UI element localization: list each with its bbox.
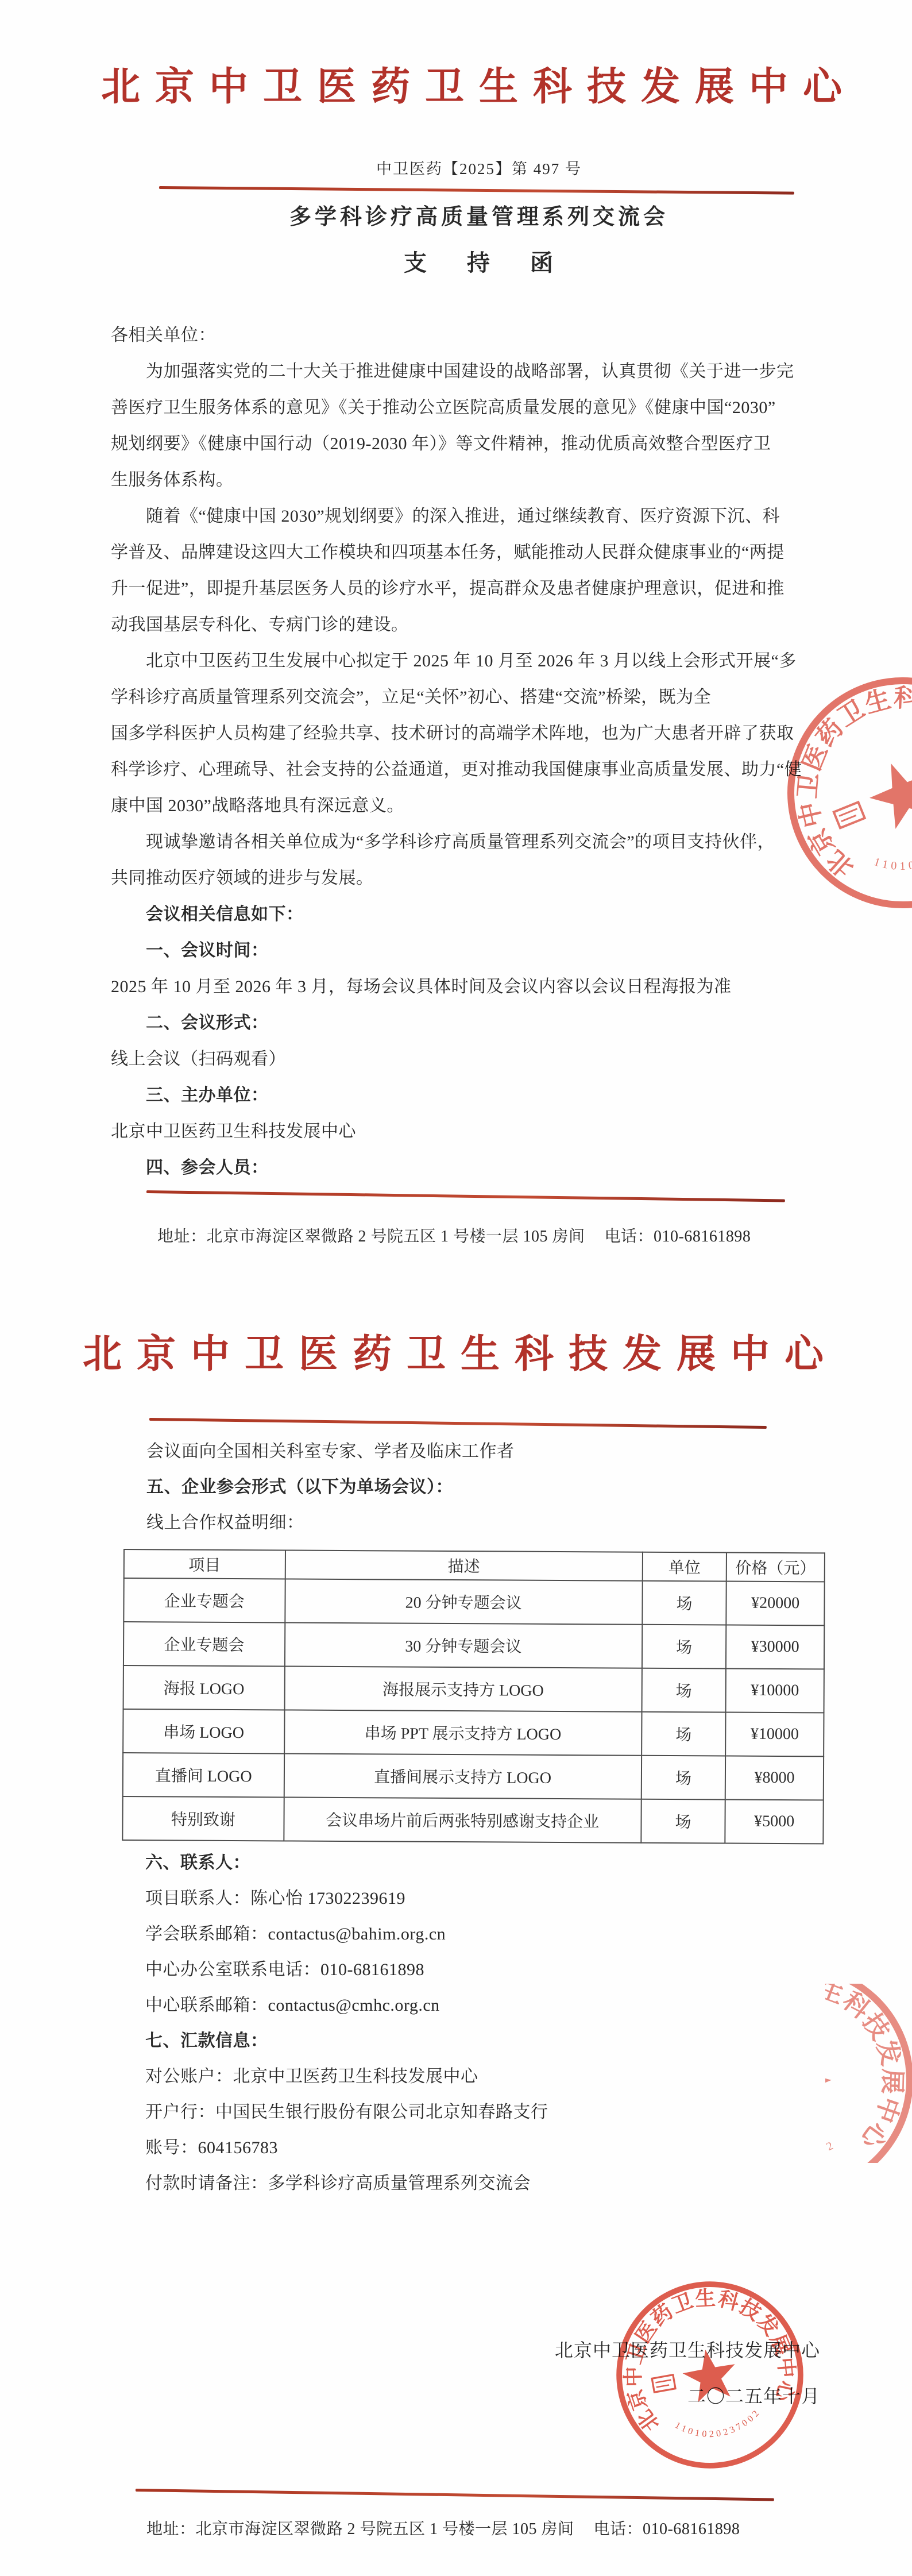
body-line: 规划纲要》《健康中国行动（2019-2030 年）》等文件精神，推动优质高效整合… [111,426,857,462]
footer-address-page2: 地址：北京市海淀区翠微路 2 号院五区 1 号楼一层 105 房间电话：010-… [146,2516,740,2539]
body-line: 会议相关信息如下： [111,896,857,932]
body-line: 2025 年 10 月至 2026 年 3 月，每场会议具体时间及会议内容以会议… [111,969,857,1005]
body-line: 现诚挚邀请各相关单位成为“多学科诊疗高质量管理系列交流会”的项目支持伙伴， [111,824,857,860]
series-title: 多学科诊疗高质量管理系列交流会 [23,199,912,230]
pricing-price-cell: ¥10000 [726,1668,824,1713]
footer-divider-page2 [136,2489,774,2501]
page2-intro: 会议面向全国相关科室专家、学者及临床工作者 五、企业参会形式（以下为单场会议）：… [146,1434,882,1541]
body-line: 康中国 2030”战略落地具有深远意义。 [111,788,857,824]
pricing-header-cell: 价格（元） [726,1552,825,1582]
doc-number: 中卫医药【2025】第 497 号 [23,156,912,179]
rights-line: 线上合作权益明细： [146,1505,882,1541]
pricing-price-cell: ¥20000 [726,1581,825,1625]
pricing-desc-cell: 20 分钟专题会议 [285,1579,643,1624]
pricing-price-cell: ¥30000 [726,1625,824,1669]
section5-title: 五、企业参会形式（以下为单场会议）： [146,1470,882,1505]
pricing-row: 串场 LOGO 串场 PPT 展示支持方 LOGO 场 ¥10000 [123,1709,824,1756]
body-line: 善医疗卫生服务体系的意见》《关于推动公立医院高质量发展的意见》《健康中国“203… [111,390,857,426]
body-line: 四、参会人员： [111,1150,857,1186]
pricing-item-cell: 直播间 LOGO [123,1753,284,1797]
body-line: 各相关单位： [111,317,857,353]
address-text: 地址：北京市海淀区翠微路 2 号院五区 1 号楼一层 105 房间 [146,2520,574,2538]
body-line: 生服务体系构。 [111,462,857,498]
footer-divider-page1 [146,1190,785,1202]
pricing-unit-cell: 场 [642,1668,726,1713]
body-line: 中心联系邮箱：contactus@cmhc.org.cn [145,1988,880,2023]
body-line: 学会联系邮箱：contactus@bahim.org.cn [145,1916,880,1952]
pricing-item-cell: 企业专题会 [123,1622,285,1666]
phone-text: 电话：010-68161898 [605,1228,751,1245]
body-line: 账号：604156783 [145,2130,880,2166]
pricing-header-cell: 描述 [285,1550,642,1580]
body-line: 国多学科医护人员构建了经验共享、技术研讨的高端学术阵地，也为广大患者开辟了获取 [111,715,857,751]
footer-address-page1: 地址：北京市海淀区翠微路 2 号院五区 1 号楼一层 105 房间电话：010-… [157,1224,751,1247]
body-line: 随着《“健康中国 2030”规划纲要》的深入推进，通过继续教育、医疗资源下沉、科 [111,498,857,534]
body-line: 项目联系人：陈心怡 17302239619 [145,1881,880,1916]
pricing-row: 直播间 LOGO 直播间展示支持方 LOGO 场 ¥8000 [123,1753,824,1800]
audience-line: 会议面向全国相关科室专家、学者及临床工作者 [146,1434,882,1470]
pricing-item-cell: 特别致谢 [122,1796,284,1841]
phone-text: 电话：010-68161898 [594,2520,740,2538]
pricing-row: 海报 LOGO 海报展示支持方 LOGO 场 ¥10000 [123,1665,824,1713]
pricing-header-row: 项目描述单位价格（元） [124,1549,825,1582]
pricing-price-cell: ¥10000 [725,1712,824,1756]
body-line: 七、汇款信息： [145,2023,880,2059]
pricing-unit-cell: 场 [642,1581,726,1625]
pricing-header-cell: 单位 [643,1552,727,1582]
body-line: 付款时请备注：多学科诊疗高质量管理系列交流会 [145,2166,880,2201]
address-text: 地址：北京市海淀区翠微路 2 号院五区 1 号楼一层 105 房间 [157,1228,585,1245]
body-line: 科学诊疗、心理疏导、社会支持的公益通道，更对推动我国健康事业高质量发展、助力“健 [111,751,857,788]
body-line: 线上会议（扫码观看） [111,1041,857,1077]
body-line: 六、联系人： [145,1845,880,1881]
body-line: 中心办公室联系电话：010-68161898 [145,1952,880,1988]
red-divider-top [159,186,794,195]
body-line: 为加强落实党的二十大关于推进健康中国建设的战略部署，认真贯彻《关于进一步完 [111,353,857,390]
pricing-price-cell: ¥8000 [725,1756,824,1800]
pricing-unit-cell: 场 [642,1712,726,1756]
body-line: 三、主办单位： [111,1077,857,1113]
page1-body: 各相关单位：为加强落实党的二十大关于推进健康中国建设的战略部署，认真贯彻《关于进… [111,317,857,1186]
body-line: 二、会议形式： [111,1005,857,1041]
pricing-unit-cell: 场 [642,1756,726,1800]
pricing-price-cell: ¥5000 [725,1799,824,1844]
pricing-desc-cell: 串场 PPT 展示支持方 LOGO [284,1710,642,1755]
body-line: 开户行：中国民生银行股份有限公司北京知春路支行 [145,2095,880,2130]
pricing-unit-cell: 场 [642,1625,726,1669]
page2-org-title: 北京中卫医药卫生科技发展中心 [5,1334,912,1375]
scanned-letter-document: 北京中卫医药卫生科技发展中心 中卫医药【2025】第 497 号 多学科诊疗高质… [0,0,912,2576]
body-line: 北京中卫医药卫生发展中心拟定于 2025 年 10 月至 2026 年 3 月以… [111,643,857,679]
body-line: 对公账户：北京中卫医药卫生科技发展中心 [145,2059,880,2095]
pricing-unit-cell: 场 [641,1799,725,1844]
pricing-item-cell: 海报 LOGO [123,1665,285,1710]
body-line: 一、会议时间： [111,932,857,969]
body-line: 北京中卫医药卫生科技发展中心 [111,1113,857,1150]
body-line: 学科诊疗高质量管理系列交流会”，立足“关怀”初心、搭建“交流”桥梁，既为全 [111,679,857,715]
body-line: 升一促进”，即提升基层医务人员的诊疗水平，提高群众及患者健康护理意识，促进和推 [111,570,857,607]
pricing-item-cell: 串场 LOGO [123,1709,284,1753]
signature-date: 二〇二五年十月 [687,2382,820,2408]
red-divider-page2 [149,1418,767,1429]
pricing-row: 企业专题会 20 分钟专题会议 场 ¥20000 [123,1578,824,1625]
pricing-row: 企业专题会 30 分钟专题会议 场 ¥30000 [123,1622,824,1669]
page2-body: 六、联系人：项目联系人：陈心怡 17302239619学会联系邮箱：contac… [145,1845,880,2201]
pricing-header-cell: 项目 [124,1549,285,1579]
pricing-desc-cell: 海报展示支持方 LOGO [284,1666,642,1711]
body-line: 学普及、品牌建设这四大工作模块和四项基本任务，赋能推动人民群众健康事业的“两提 [111,534,857,570]
pricing-table: 项目描述单位价格（元） 企业专题会 20 分钟专题会议 场 ¥20000 企业专… [122,1549,825,1844]
pricing-row: 特别致谢 会议串场片前后两张特别感谢支持企业 场 ¥5000 [122,1796,823,1844]
body-line: 动我国基层专科化、专病门诊的建设。 [111,607,857,643]
pricing-desc-cell: 会议串场片前后两张特别感谢支持企业 [284,1797,642,1842]
pricing-desc-cell: 直播间展示支持方 LOGO [284,1753,642,1799]
body-line: 共同推动医疗领域的进步与发展。 [111,860,857,896]
official-seal-icon [597,2262,823,2488]
pricing-item-cell: 企业专题会 [123,1578,285,1622]
signature-org: 北京中卫医药卫生科技发展中心 [555,2336,820,2362]
letter-title: 支 持 函 [31,245,912,277]
pricing-desc-cell: 30 分钟专题会议 [285,1622,643,1668]
page1-org-title: 北京中卫医药卫生科技发展中心 [23,67,912,107]
